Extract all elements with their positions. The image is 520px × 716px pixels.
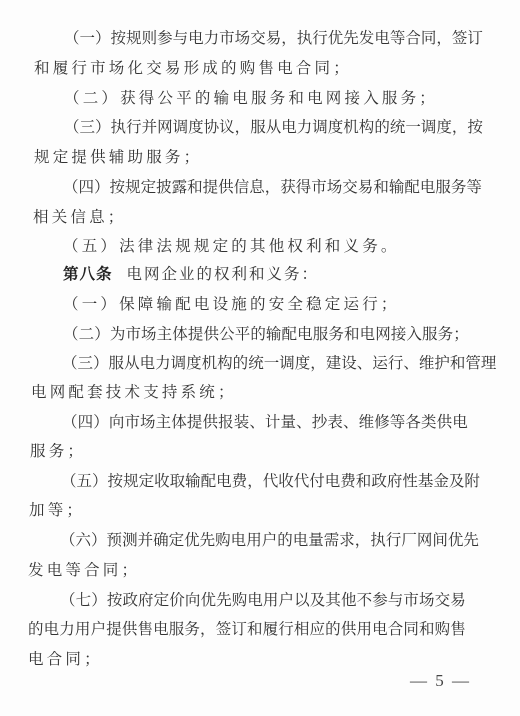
article8-item7-line2: 的电力用户提供售电服务，签订和履行相应的供用电合同和购售 <box>28 618 466 640</box>
page-number: — 5 — <box>410 671 471 691</box>
article8-item5-line1: （五）按规定收取输配电费，代收代付电费和政府性基金及附 <box>61 470 467 492</box>
article8-item3-line1: （三）服从电力调度机构的统一调度，建设、运行、维护和管理 <box>62 352 468 374</box>
article7-item3-line2: 规定提供辅助服务； <box>34 146 202 168</box>
document-page: （一）按规则参与电力市场交易，执行优先发电等合同，签订 和履行市场化交易形成的购… <box>0 0 520 716</box>
article8-item1: （一）保障输配电设施的安全稳定运行； <box>63 293 400 315</box>
article7-item5: （五）法律法规规定的其他权利和义务。 <box>63 235 400 257</box>
article8-item7-line3: 电合同； <box>28 648 103 670</box>
article8-item7-line1: （七）按政府定价向优先购电用户以及其他不参与市场交易 <box>60 589 466 611</box>
article7-item3-line1: （三）执行并网调度协议，服从电力调度机构的统一调度，按 <box>64 116 472 138</box>
article8-label: 第八条 <box>63 265 113 283</box>
article7-item4-line1: （四）按规定披露和提供信息，获得市场交易和输配电服务等 <box>63 176 470 198</box>
article8-item4-line2: 服务； <box>30 440 86 462</box>
article8-title: 电网企业的权利和义务： <box>127 265 320 283</box>
article8-item6-line2: 发电等合同； <box>28 559 140 581</box>
article7-item2: （二）获得公平的输电服务和电网接入服务； <box>64 87 438 109</box>
article8-item5-line2: 加等； <box>29 499 85 521</box>
article8-heading: 第八条电网企业的权利和义务： <box>63 263 319 285</box>
article8-item6-line1: （六）预测并确定优先购电用户的电量需求，执行厂网间优先 <box>60 529 466 551</box>
article7-item1-line2: 和履行市场化交易形成的购售电合同； <box>34 57 352 79</box>
article8-item4-line1: （四）向市场主体提供报装、计量、抄表、维修等各类供电 <box>62 411 468 433</box>
article8-item2: （二）为市场主体提供公平的输配电服务和电网接入服务； <box>63 323 469 345</box>
article8-item3-line2: 电网配套技术支持系统； <box>31 381 237 403</box>
article7-item4-line2: 相关信息； <box>33 206 127 228</box>
article7-item1-line1: （一）按规则参与电力市场交易，执行优先发电等合同，签订 <box>64 27 472 49</box>
